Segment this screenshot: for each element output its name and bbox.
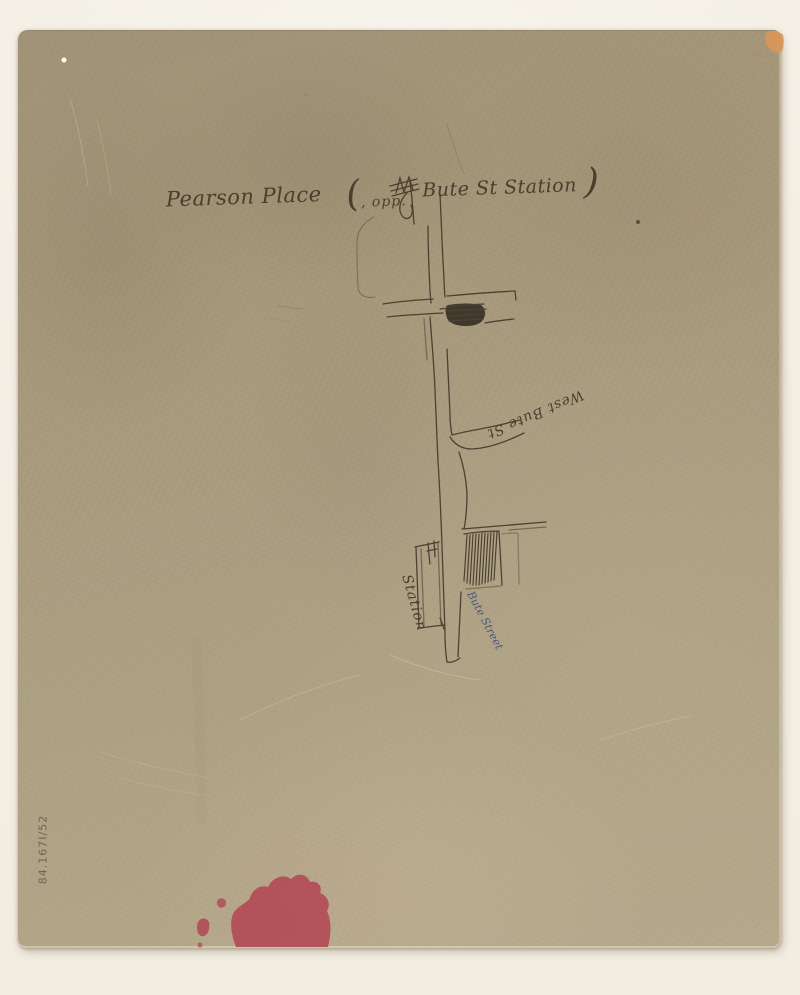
title-place-name: Pearson Place [165,172,322,211]
catalog-number: 84.167I/52 [37,809,50,891]
cardboard-card [18,30,781,948]
title-close-paren: ) [584,162,600,201]
title-open-paren: ( [343,170,361,213]
title-qualifier: , opp. [360,169,407,211]
title-station-name: Bute St Station [422,163,578,201]
